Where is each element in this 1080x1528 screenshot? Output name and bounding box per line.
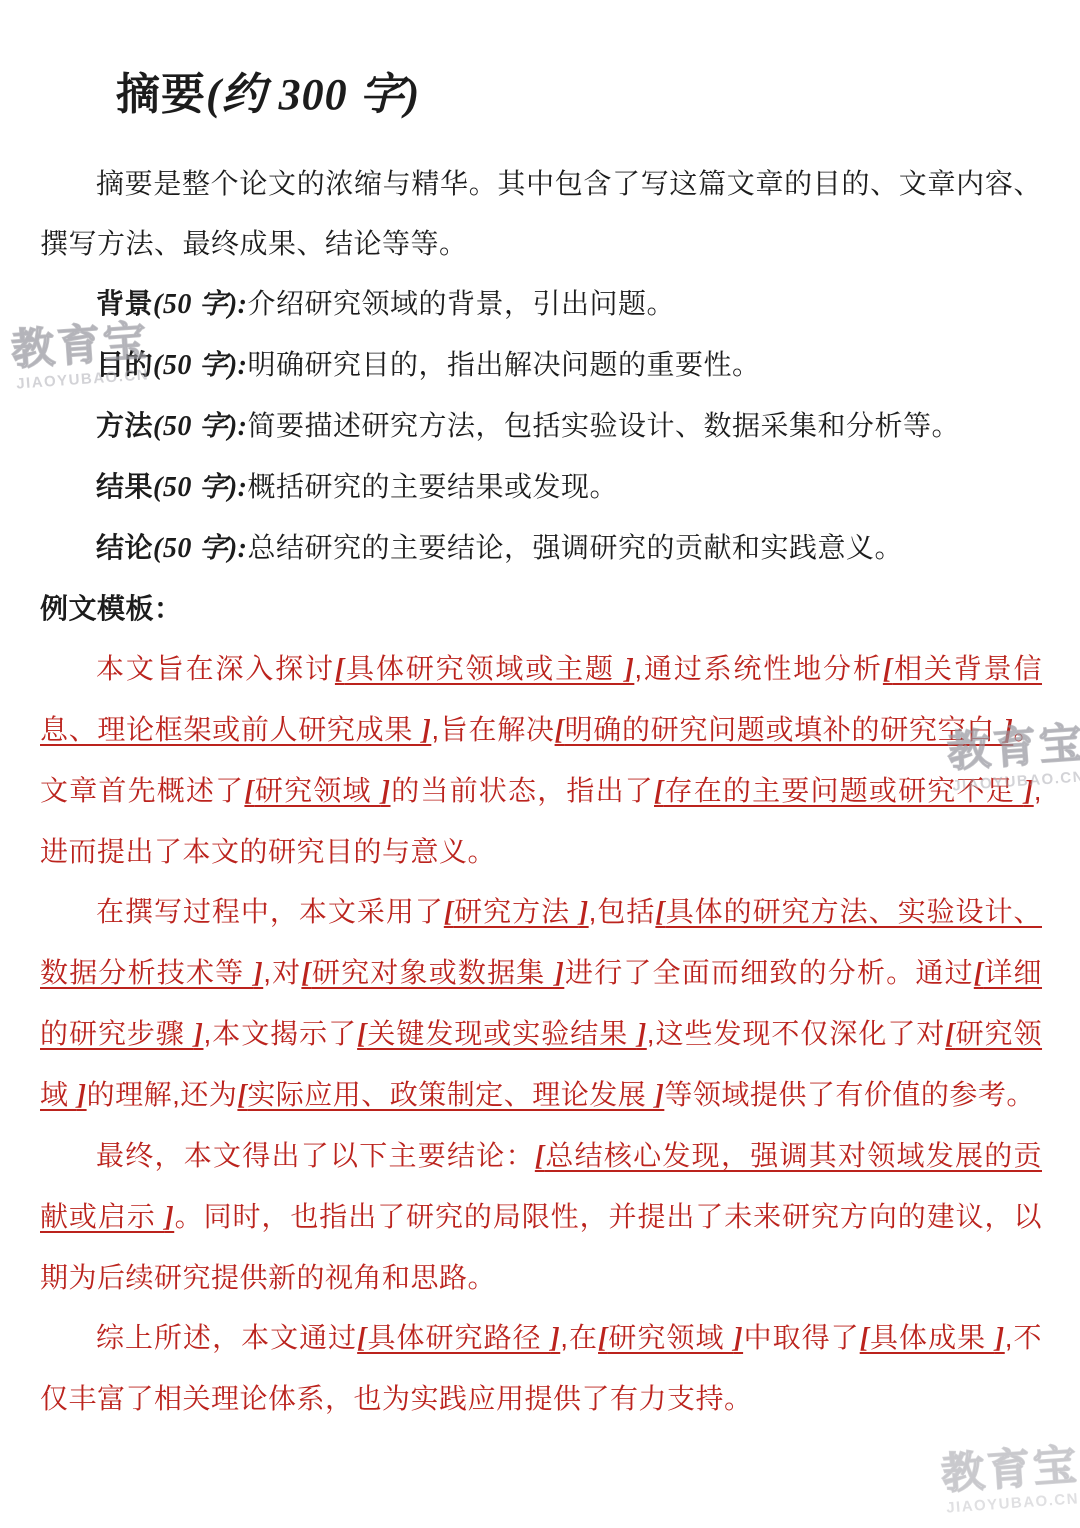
text-segment: [ xyxy=(244,776,254,807)
text-segment: 本文旨在深入探讨 xyxy=(96,653,335,684)
watermark-bottom-right: 教育宝 JIAOYUBAO.CN xyxy=(940,1443,1080,1516)
template-label: 例文模板： xyxy=(40,579,1042,639)
text-segment: ,这些发现不仅深化了对 xyxy=(647,1018,946,1049)
text-segment: (约 300 字) xyxy=(206,70,420,119)
watermark-domain-text: JIAOYUBAO.CN xyxy=(943,1490,1080,1517)
text-segment: 例文模板： xyxy=(40,593,183,624)
template-paragraph-2: 在撰写过程中，本文采用了[研究方法 ],包括[具体的研究方法、实验设计、数据分析… xyxy=(40,882,1042,1126)
section-purpose: 目的(50 字):明确研究目的，指出解决问题的重要性。 xyxy=(40,335,1042,396)
text-segment: [ xyxy=(974,958,984,989)
text-segment: [ xyxy=(237,1080,247,1111)
section-method: 方法(50 字):简要描述研究方法，包括实验设计、数据采集和分析等。 xyxy=(40,396,1042,457)
document-body: 摘要(约 300 字) 摘要是整个论文的浓缩与精华。其中包含了写这篇文章的目的、… xyxy=(0,0,1080,1429)
text-segment: [ xyxy=(945,1019,955,1050)
text-segment: ] xyxy=(164,1202,174,1233)
text-segment: [ xyxy=(444,897,454,928)
text-segment: 总结研究的主要结论，强调研究的贡献和实践意义。 xyxy=(248,532,904,563)
text-segment: [ xyxy=(335,654,345,685)
text-segment: ,对 xyxy=(263,957,301,988)
text-segment: ] xyxy=(381,776,391,807)
text-segment: [ xyxy=(535,1141,545,1172)
text-segment: 研究对象或数据集 xyxy=(311,957,554,988)
text-segment: 存在的主要问题或研究不足 xyxy=(664,775,1024,806)
text-segment: 关键发现或实验结果 xyxy=(367,1018,637,1049)
text-segment: 概括研究的主要结果或发现。 xyxy=(248,471,619,502)
text-segment: ] xyxy=(625,654,635,685)
text-segment: ] xyxy=(995,1323,1005,1354)
text-segment: 中取得了 xyxy=(743,1322,860,1353)
section-conclusion: 结论(50 字):总结研究的主要结论，强调研究的贡献和实践意义。 xyxy=(40,518,1042,579)
text-segment: 目的 xyxy=(96,349,153,380)
intro-paragraph: 摘要是整个论文的浓缩与精华。其中包含了写这篇文章的目的、文章内容、撰写方法、最终… xyxy=(40,154,1042,274)
text-segment: ] xyxy=(733,1323,743,1354)
text-segment: 具体成果 xyxy=(870,1322,995,1353)
text-segment: ,通过系统性地分析 xyxy=(634,653,883,684)
text-segment: [ xyxy=(357,1323,367,1354)
text-segment: [ xyxy=(357,1019,367,1050)
text-segment: ] xyxy=(77,1080,87,1111)
text-segment: 明确研究目的，指出解决问题的重要性。 xyxy=(248,349,761,380)
document-page: 摘要(约 300 字) 摘要是整个论文的浓缩与精华。其中包含了写这篇文章的目的、… xyxy=(0,0,1080,1528)
text-segment: 简要描述研究方法，包括实验设计、数据采集和分析等。 xyxy=(248,410,961,441)
text-segment: 实际应用、政策制定、理论发展 xyxy=(247,1079,654,1110)
text-segment: 方法 xyxy=(96,410,153,441)
text-segment: 研究领域 xyxy=(608,1322,733,1353)
text-segment: 具体研究路径 xyxy=(367,1322,550,1353)
text-segment: (50 字): xyxy=(153,289,247,320)
text-segment: [ xyxy=(655,897,665,928)
text-segment: 研究方法 xyxy=(454,896,579,927)
text-segment: ,在 xyxy=(560,1322,598,1353)
text-segment: 介绍研究领域的背景，引出问题。 xyxy=(248,288,676,319)
section-background: 背景(50 字):介绍研究领域的背景，引出问题。 xyxy=(40,274,1042,335)
text-segment: (50 字): xyxy=(153,472,247,503)
template-paragraph-3: 最终，本文得出了以下主要结论：[总结核心发现，强调其对领域发展的贡献或启示 ]。… xyxy=(40,1126,1042,1308)
template-paragraph-4: 综上所述，本文通过[具体研究路径 ],在[研究领域 ]中取得了[具体成果 ],不… xyxy=(40,1308,1042,1429)
text-segment: ,本文揭示了 xyxy=(203,1018,357,1049)
text-segment: 最终，本文得出了以下主要结论： xyxy=(96,1140,535,1171)
text-segment: 结论 xyxy=(96,532,153,563)
text-segment: ] xyxy=(637,1019,647,1050)
text-segment: [ xyxy=(598,1323,608,1354)
text-segment: ] xyxy=(550,1323,560,1354)
text-segment: [ xyxy=(555,715,565,746)
text-segment: (50 字): xyxy=(153,533,247,564)
text-segment: ] xyxy=(579,897,589,928)
text-segment: 背景 xyxy=(96,288,153,319)
text-segment: ] xyxy=(655,1080,665,1111)
text-segment: 进行了全面而细致的分析。通过 xyxy=(564,957,973,988)
text-segment: ] xyxy=(422,715,432,746)
text-segment: [ xyxy=(301,958,311,989)
text-segment: 。同时，也指出了研究的局限性，并提出了未来研究方向的建议，以期为后续研究提供新的… xyxy=(40,1201,1042,1293)
text-segment: (50 字): xyxy=(153,411,247,442)
text-segment: 等领域提供了有价值的参考。 xyxy=(664,1079,1035,1110)
text-segment: 明确的研究问题或填补的研究空白 xyxy=(564,714,1003,745)
section-result: 结果(50 字):概括研究的主要结果或发现。 xyxy=(40,457,1042,518)
text-segment: 摘要是整个论文的浓缩与精华。其中包含了写这篇文章的目的、文章内容、撰写方法、最终… xyxy=(40,168,1042,259)
text-segment: ,旨在解决 xyxy=(431,714,554,745)
text-segment: [ xyxy=(860,1323,870,1354)
text-segment: ] xyxy=(554,958,564,989)
watermark-logo-text: 教育宝 xyxy=(940,1443,1080,1497)
text-segment: 的理解,还为 xyxy=(87,1079,238,1110)
text-segment: 研究领域 xyxy=(254,775,380,806)
text-segment: (50 字): xyxy=(153,350,247,381)
text-segment: ,包括 xyxy=(589,896,656,927)
template-paragraph-1: 本文旨在深入探讨[具体研究领域或主题 ],通过系统性地分析[相关背景信息、理论框… xyxy=(40,639,1042,882)
text-segment: ] xyxy=(194,1019,204,1050)
page-title: 摘要(约 300 字) xyxy=(116,62,1042,128)
text-segment: 结果 xyxy=(96,471,153,502)
text-segment: ] xyxy=(1024,776,1034,807)
text-segment: 具体研究领域或主题 xyxy=(345,653,625,684)
text-segment: 综上所述，本文通过 xyxy=(96,1322,357,1353)
text-segment: ] xyxy=(253,958,263,989)
text-segment: [ xyxy=(654,776,664,807)
text-segment: 的当前状态，指出了 xyxy=(391,775,654,806)
text-segment: ] xyxy=(1003,715,1013,746)
text-segment: 摘要 xyxy=(116,70,206,119)
text-segment: 在撰写过程中，本文采用了 xyxy=(96,896,444,927)
text-segment: [ xyxy=(883,654,893,685)
